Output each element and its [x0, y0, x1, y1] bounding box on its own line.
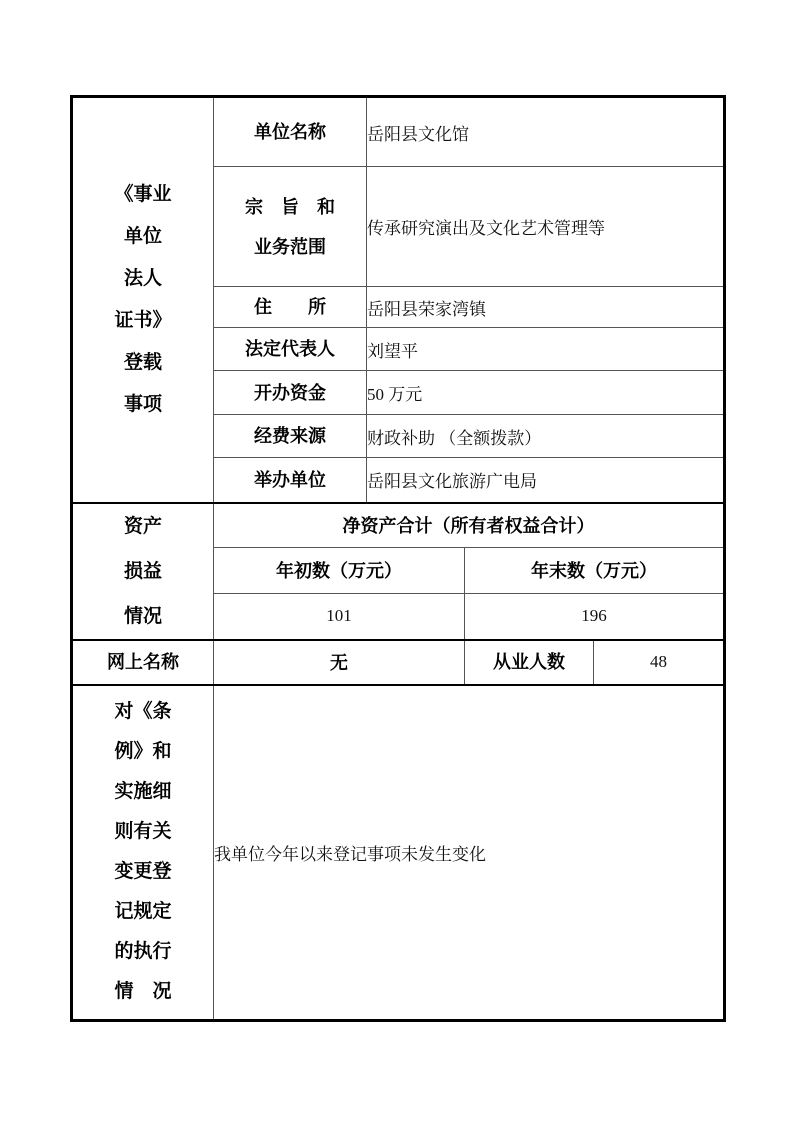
unit-name-value: 岳阳县文化馆	[367, 97, 725, 167]
purpose-scope-label: 宗 旨 和 业务范围	[214, 167, 367, 287]
sponsor-unit-value: 岳阳县文化旅游广电局	[367, 458, 725, 503]
opening-capital-label: 开办资金	[214, 371, 367, 415]
funding-source-value: 财政补助 （全额拨款）	[367, 415, 725, 458]
funding-source-label: 经费来源	[214, 415, 367, 458]
address-label: 住 所	[214, 287, 367, 328]
staff-count-value: 48	[594, 640, 725, 685]
unit-name-label: 单位名称	[214, 97, 367, 167]
certificate-section-side-label: 《事业 单位 法人 证书》 登载 事项	[72, 97, 214, 503]
annual-report-form-table: 《事业 单位 法人 证书》 登载 事项 单位名称 岳阳县文化馆 宗 旨 和 业务…	[70, 95, 726, 1022]
purpose-scope-value: 传承研究演出及文化艺术管理等	[367, 167, 725, 287]
opening-balance-value: 101	[214, 593, 465, 639]
opening-capital-value: 50 万元	[367, 371, 725, 415]
closing-balance-label: 年末数（万元）	[465, 548, 725, 593]
sponsor-unit-label: 举办单位	[214, 458, 367, 503]
legal-representative-value: 刘望平	[367, 328, 725, 371]
online-name-label: 网上名称	[72, 640, 214, 685]
opening-balance-label: 年初数（万元）	[214, 548, 465, 593]
legal-representative-label: 法定代表人	[214, 328, 367, 371]
closing-balance-value: 196	[465, 593, 725, 639]
compliance-section-side-label: 对《条 例》和 实施细 则有关 变更登 记规定 的执行 情 况	[72, 685, 214, 1021]
net-assets-header: 净资产合计（所有者权益合计）	[214, 503, 725, 548]
assets-section-side-label: 资产 损益 情况	[72, 503, 214, 640]
compliance-statement: 我单位今年以来登记事项未发生变化	[214, 685, 725, 1021]
staff-count-label: 从业人数	[465, 640, 594, 685]
address-value: 岳阳县荣家湾镇	[367, 287, 725, 328]
online-name-value: 无	[214, 640, 465, 685]
document-page: 《事业 单位 法人 证书》 登载 事项 单位名称 岳阳县文化馆 宗 旨 和 业务…	[0, 0, 793, 1122]
